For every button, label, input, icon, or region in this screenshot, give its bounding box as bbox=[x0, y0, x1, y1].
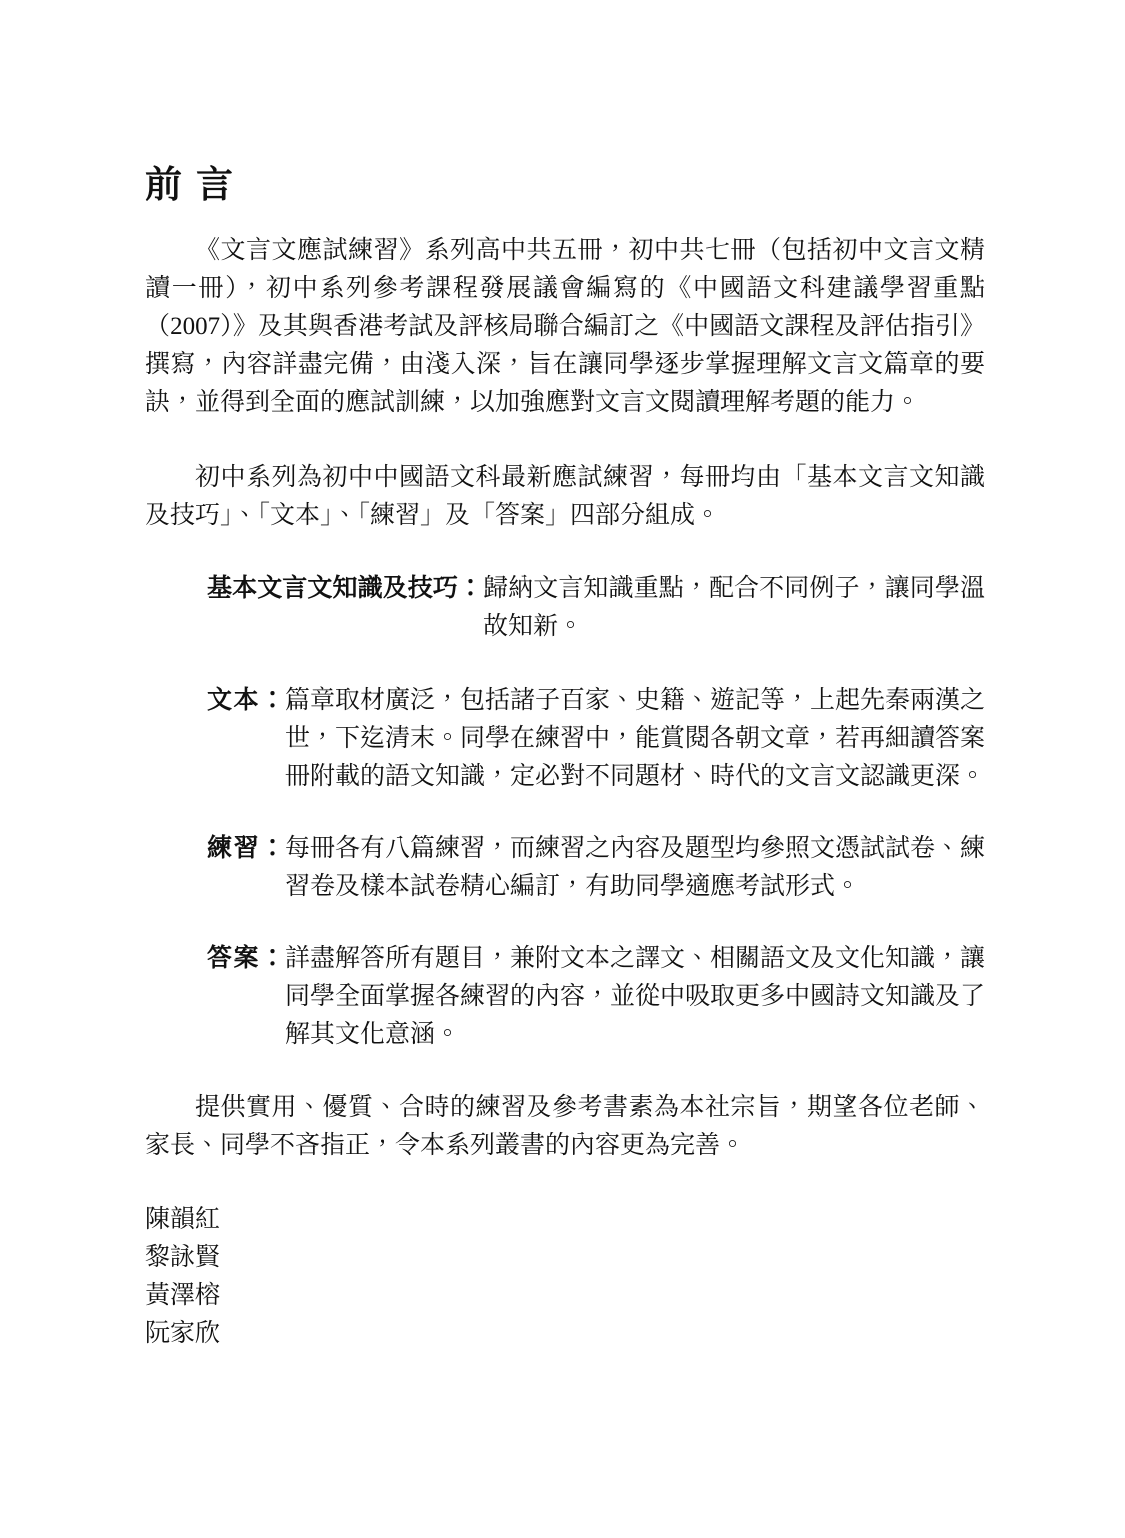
text-line: 世，下迄清末。同學在練習中，能賞閱各朝文章，若再細讀答案 bbox=[285, 720, 985, 758]
item-text: 歸納文言知識重點，配合不同例子，讓同學溫 故知新。 bbox=[483, 570, 985, 646]
text-line: 提供實用、優質、合時的練習及參考書素為本社宗旨，期望各位老師、 bbox=[145, 1089, 985, 1127]
text-line: 習卷及樣本試卷精心編訂，有助同學適應考試形式。 bbox=[285, 868, 985, 906]
closing-paragraph: 提供實用、優質、合時的練習及參考書素為本社宗旨，期望各位老師、 家長、同學不吝指… bbox=[145, 1089, 985, 1165]
text-line: 詳盡解答所有題目，兼附文本之譯文、相關語文及文化知識，讓 bbox=[285, 940, 985, 978]
text-line: 讀一冊），初中系列參考課程發展議會編寫的《中國語文科建議學習重點 bbox=[145, 270, 985, 308]
text-line: 篇章取材廣泛，包括諸子百家、史籍、遊記等，上起先秦兩漢之 bbox=[285, 682, 985, 720]
text-line: 每冊各有八篇練習，而練習之內容及題型均參照文憑試試卷、練 bbox=[285, 830, 985, 868]
item-text: 篇章取材廣泛，包括諸子百家、史籍、遊記等，上起先秦兩漢之 世，下迄清末。同學在練… bbox=[285, 682, 985, 796]
author-name: 黎詠賢 bbox=[145, 1239, 985, 1277]
preface-page: 前言 《文言文應試練習》系列高中共五冊，初中共七冊（包括初中文言文精 讀一冊），… bbox=[0, 0, 1125, 1538]
intro-paragraph: 《文言文應試練習》系列高中共五冊，初中共七冊（包括初中文言文精 讀一冊），初中系… bbox=[145, 232, 985, 422]
feature-item-texts: 文本： 篇章取材廣泛，包括諸子百家、史籍、遊記等，上起先秦兩漢之 世，下迄清末。… bbox=[145, 682, 985, 796]
series-paragraph: 初中系列為初中中國語文科最新應試練習，每冊均由「基本文言文知識 及技巧」、「文本… bbox=[145, 459, 985, 535]
text-line: 《文言文應試練習》系列高中共五冊，初中共七冊（包括初中文言文精 bbox=[145, 232, 985, 270]
text-line: 初中系列為初中中國語文科最新應試練習，每冊均由「基本文言文知識 bbox=[145, 459, 985, 497]
text-line: 及技巧」、「文本」、「練習」及「答案」四部分組成。 bbox=[145, 497, 985, 535]
text-line: 冊附載的語文知識，定必對不同題材、時代的文言文認識更深。 bbox=[285, 758, 985, 796]
author-name: 黃澤榕 bbox=[145, 1277, 985, 1315]
text-line: 同學全面掌握各練習的內容，並從中吸取更多中國詩文知識及了 bbox=[285, 978, 985, 1016]
item-label: 基本文言文知識及技巧： bbox=[145, 570, 483, 608]
item-label: 答案： bbox=[145, 940, 285, 978]
text-line: 家長、同學不吝指正，令本系列叢書的內容更為完善。 bbox=[145, 1127, 985, 1165]
page-title: 前言 bbox=[145, 164, 985, 208]
text-line: （2007）》及其與香港考試及評核局聯合編訂之《中國語文課程及評估指引》 bbox=[145, 308, 985, 346]
item-text: 詳盡解答所有題目，兼附文本之譯文、相關語文及文化知識，讓 同學全面掌握各練習的內… bbox=[285, 940, 985, 1054]
text-line: 訣，並得到全面的應試訓練，以加強應對文言文閱讀理解考題的能力。 bbox=[145, 384, 985, 422]
text-line: 撰寫，內容詳盡完備，由淺入深，旨在讓同學逐步掌握理解文言文篇章的要 bbox=[145, 346, 985, 384]
feature-item-answers: 答案： 詳盡解答所有題目，兼附文本之譯文、相關語文及文化知識，讓 同學全面掌握各… bbox=[145, 940, 985, 1054]
item-text: 每冊各有八篇練習，而練習之內容及題型均參照文憑試試卷、練 習卷及樣本試卷精心編訂… bbox=[285, 830, 985, 906]
author-list: 陳韻紅 黎詠賢 黃澤榕 阮家欣 bbox=[145, 1201, 985, 1353]
item-label: 文本： bbox=[145, 682, 285, 720]
feature-item-knowledge: 基本文言文知識及技巧： 歸納文言知識重點，配合不同例子，讓同學溫 故知新。 bbox=[145, 570, 985, 646]
text-line: 解其文化意涵。 bbox=[285, 1016, 985, 1054]
text-line: 歸納文言知識重點，配合不同例子，讓同學溫 bbox=[483, 570, 985, 608]
author-name: 阮家欣 bbox=[145, 1315, 985, 1353]
author-name: 陳韻紅 bbox=[145, 1201, 985, 1239]
text-line: 故知新。 bbox=[483, 608, 985, 646]
item-label: 練習： bbox=[145, 830, 285, 868]
feature-item-exercises: 練習： 每冊各有八篇練習，而練習之內容及題型均參照文憑試試卷、練 習卷及樣本試卷… bbox=[145, 830, 985, 906]
